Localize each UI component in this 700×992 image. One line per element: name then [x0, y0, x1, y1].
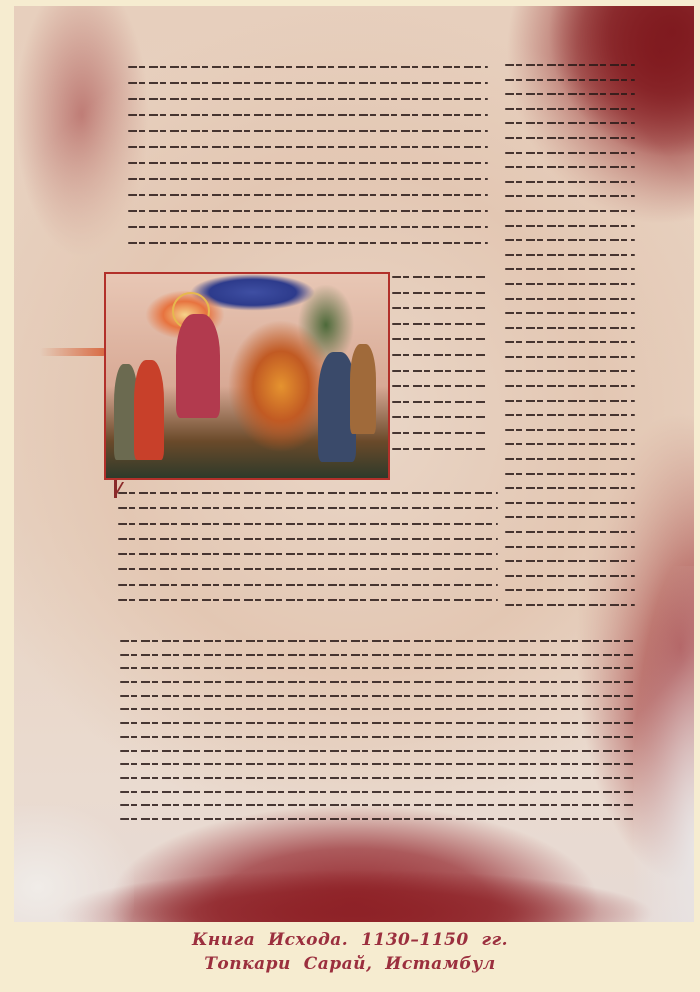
caption-location: Топкари Сарай, Истамбул	[0, 952, 700, 976]
figure-right-2	[350, 344, 376, 434]
greek-text-top	[128, 66, 488, 258]
caption: Книга Исхода. 1130–1150 гг. Топкари Сара…	[0, 928, 700, 976]
caption-title: Книга Исхода. 1130–1150 гг.	[0, 928, 700, 952]
red-pen-stroke	[40, 348, 106, 356]
figure-moses	[176, 314, 220, 418]
greek-text-middle	[118, 492, 498, 614]
greek-text-beside-miniature	[392, 276, 487, 463]
greek-text-bottom	[120, 640, 635, 832]
miniature-illustration	[104, 272, 390, 480]
figure-left-2	[134, 360, 164, 460]
worn-corner-left	[14, 806, 134, 922]
worn-edge-right	[634, 566, 694, 922]
greek-text-right-column	[505, 64, 635, 619]
